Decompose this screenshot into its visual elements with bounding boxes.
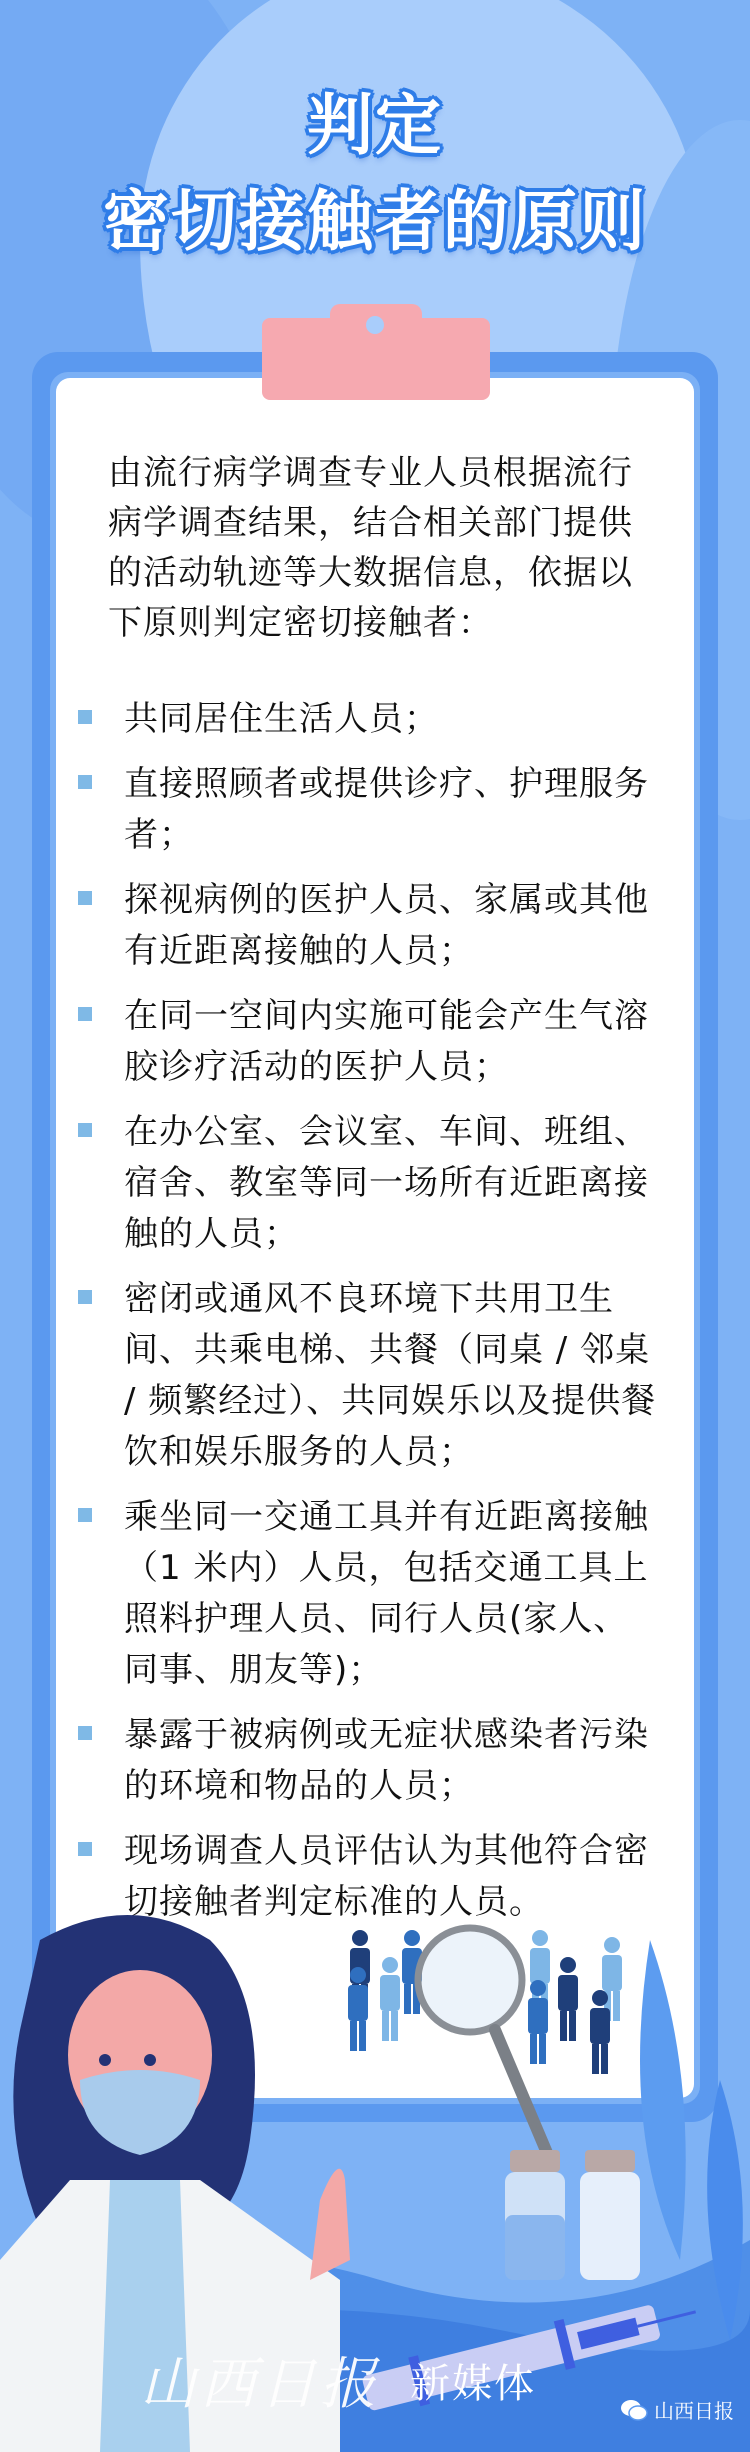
square-bullet-icon <box>78 1123 92 1137</box>
clip-hole <box>366 316 384 334</box>
list-item: 在办公室、会议室、车间、班组、宿舍、教室等同一场所有近距离接触的人员； <box>78 1107 658 1260</box>
newspaper-logo-subtitle: 新媒体 <box>410 2352 536 2409</box>
principles-list: 共同居住生活人员； 直接照顾者或提供诊疗、护理服务者； 探视病例的医护人员、家属… <box>78 694 658 1942</box>
square-bullet-icon <box>78 1508 92 1522</box>
square-bullet-icon <box>78 710 92 724</box>
vial-icon <box>505 2150 640 2280</box>
square-bullet-icon <box>78 1842 92 1856</box>
page-title-line2: 密切接触者的原则 <box>0 168 750 263</box>
wechat-icon <box>620 2398 648 2422</box>
leaf-icon <box>640 1940 686 2260</box>
wechat-account-name: 山西日报 <box>654 2395 734 2424</box>
intro-paragraph: 由流行病学调查专业人员根据流行病学调查结果，结合相关部门提供的活动轨迹等大数据信… <box>108 448 648 648</box>
list-item: 直接照顾者或提供诊疗、护理服务者； <box>78 759 658 861</box>
list-item: 密闭或通风不良环境下共用卫生间、共乘电梯、共餐（同桌 / 邻桌 / 频繁经过）、… <box>78 1274 658 1478</box>
square-bullet-icon <box>78 891 92 905</box>
list-item: 共同居住生活人员； <box>78 694 658 745</box>
list-item: 在同一空间内实施可能会产生气溶胶诊疗活动的医护人员； <box>78 991 658 1093</box>
square-bullet-icon <box>78 1726 92 1740</box>
wechat-watermark: 山西日报 <box>620 2395 734 2424</box>
square-bullet-icon <box>78 1007 92 1021</box>
pointing-hand-icon <box>310 2169 350 2280</box>
page-title-line1: 判定 <box>0 72 750 167</box>
square-bullet-icon <box>78 775 92 789</box>
newspaper-logo: 山西日报 <box>140 2340 380 2420</box>
list-item: 探视病例的医护人员、家属或其他有近距离接触的人员； <box>78 875 658 977</box>
list-item: 乘坐同一交通工具并有近距离接触（1 米内）人员，包括交通工具上照料护理人员、同行… <box>78 1492 658 1696</box>
square-bullet-icon <box>78 1290 92 1304</box>
list-item: 暴露于被病例或无症状感染者污染的环境和物品的人员； <box>78 1710 658 1812</box>
